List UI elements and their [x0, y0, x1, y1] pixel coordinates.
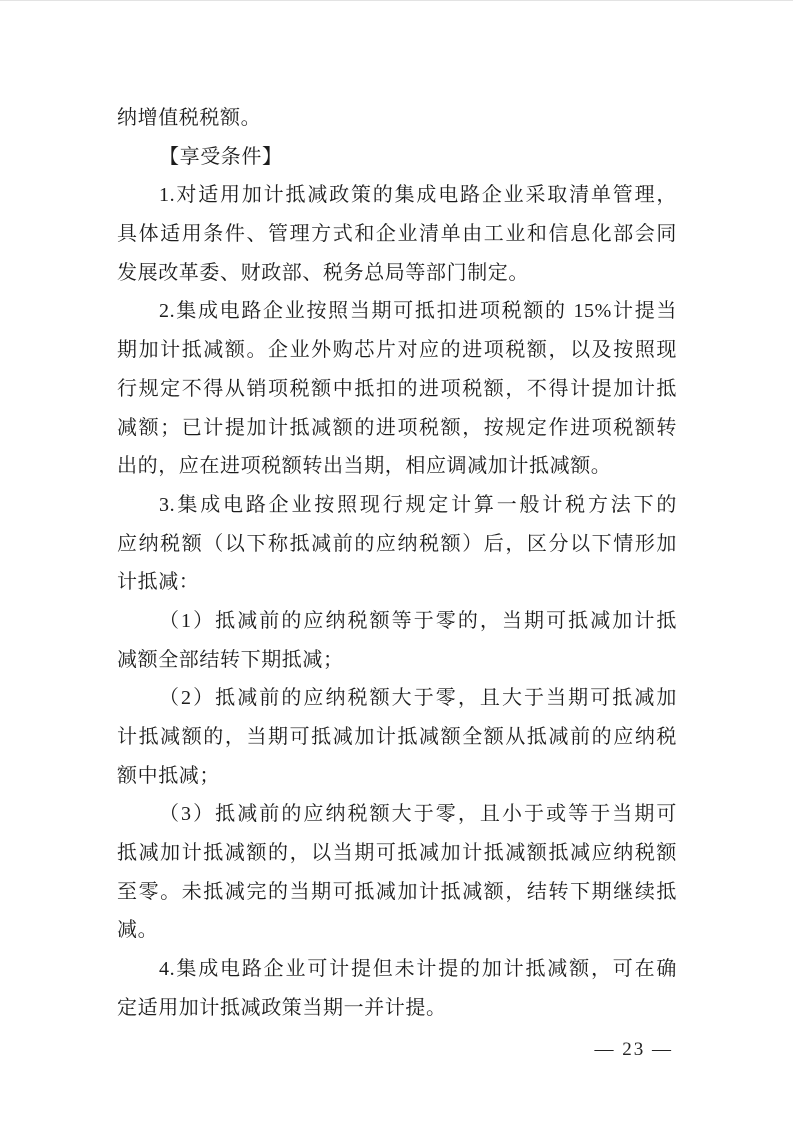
page-number: — 23 —: [595, 1039, 674, 1061]
paragraph: （2）抵减前的应纳税额大于零，且大于当期可抵减加计抵减额的，当期可抵减加计抵减额…: [117, 679, 677, 795]
text-line: 3.集成电路企业按照现行规定计算一般计税方法下的: [117, 486, 677, 525]
text-line: 额中抵减；: [117, 757, 677, 796]
text-line: 计抵减：: [117, 563, 677, 602]
paragraph: （1）抵减前的应纳税额等于零的，当期可抵减加计抵减额全部结转下期抵减；: [117, 602, 677, 679]
text-line: 2.集成电路企业按照当期可抵扣进项税额的 15%计提当: [117, 292, 677, 331]
paragraph: 1.对适用加计抵减政策的集成电路企业采取清单管理，具体适用条件、管理方式和企业清…: [117, 176, 677, 292]
paragraph: 【享受条件】: [117, 138, 677, 177]
text-line: 应纳税额（以下称抵减前的应纳税额）后，区分以下情形加: [117, 525, 677, 564]
text-line: 期加计抵减额。企业外购芯片对应的进项税额，以及按照现: [117, 331, 677, 370]
text-line: 1.对适用加计抵减政策的集成电路企业采取清单管理，: [117, 176, 677, 215]
paragraph: 2.集成电路企业按照当期可抵扣进项税额的 15%计提当期加计抵减额。企业外购芯片…: [117, 292, 677, 485]
text-line: 定适用加计抵减政策当期一并计提。: [117, 989, 677, 1028]
text-line: （3）抵减前的应纳税额大于零，且小于或等于当期可: [117, 795, 677, 834]
text-line: 减。: [117, 911, 677, 950]
text-line: 至零。未抵减完的当期可抵减加计抵减额，结转下期继续抵: [117, 873, 677, 912]
paragraph: 纳增值税税额。: [117, 99, 677, 138]
paragraph: （3）抵减前的应纳税额大于零，且小于或等于当期可抵减加计抵减额的，以当期可抵减加…: [117, 795, 677, 950]
text-line: 【享受条件】: [117, 138, 677, 177]
paragraph: 4.集成电路企业可计提但未计提的加计抵减额，可在确定适用加计抵减政策当期一并计提…: [117, 950, 677, 1027]
text-line: 具体适用条件、管理方式和企业清单由工业和信息化部会同: [117, 215, 677, 254]
paragraph: 3.集成电路企业按照现行规定计算一般计税方法下的应纳税额（以下称抵减前的应纳税额…: [117, 486, 677, 602]
text-line: 4.集成电路企业可计提但未计提的加计抵减额，可在确: [117, 950, 677, 989]
text-line: （2）抵减前的应纳税额大于零，且大于当期可抵减加: [117, 679, 677, 718]
text-line: 行规定不得从销项税额中抵扣的进项税额，不得计提加计抵: [117, 370, 677, 409]
document-page: 纳增值税税额。【享受条件】1.对适用加计抵减政策的集成电路企业采取清单管理，具体…: [0, 1, 793, 1122]
text-line: 纳增值税税额。: [117, 99, 677, 138]
text-line: 抵减加计抵减额的，以当期可抵减加计抵减额抵减应纳税额: [117, 834, 677, 873]
text-line: 出的，应在进项税额转出当期，相应调减加计抵减额。: [117, 447, 677, 486]
text-line: 计抵减额的，当期可抵减加计抵减额全额从抵减前的应纳税: [117, 718, 677, 757]
text-line: （1）抵减前的应纳税额等于零的，当期可抵减加计抵: [117, 602, 677, 641]
document-body: 纳增值税税额。【享受条件】1.对适用加计抵减政策的集成电路企业采取清单管理，具体…: [117, 99, 677, 1028]
text-line: 发展改革委、财政部、税务总局等部门制定。: [117, 254, 677, 293]
text-line: 减额全部结转下期抵减；: [117, 641, 677, 680]
text-line: 减额；已计提加计抵减额的进项税额，按规定作进项税额转: [117, 409, 677, 448]
